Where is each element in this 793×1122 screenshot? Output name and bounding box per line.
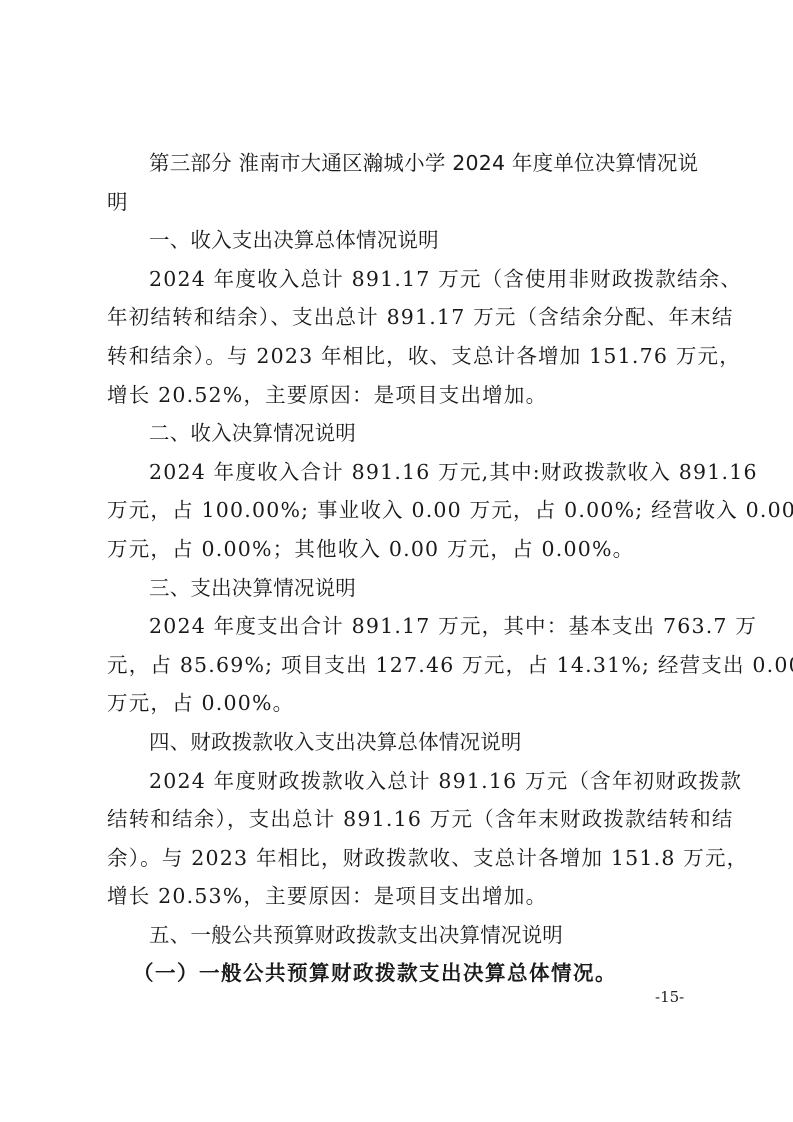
section-heading-5: 五、一般公共预算财政拨款支出决算情况说明 bbox=[107, 916, 693, 955]
section-heading-3: 三、支出决算情况说明 bbox=[107, 569, 693, 608]
paragraph-line: 万元，占 0.00%；其他收入 0.00 万元，占 0.00%。 bbox=[107, 530, 693, 569]
paragraph-line: 结转和结余），支出总计 891.16 万元（含年末财政拨款结转和结 bbox=[107, 800, 693, 839]
sub-heading: （一）一般公共预算财政拨款支出决算总体情况。 bbox=[107, 954, 693, 993]
paragraph-line: 2024 年度收入总计 891.17 万元（含使用非财政拨款结余、 bbox=[107, 260, 693, 299]
paragraph-line: 余）。与 2023 年相比，财政拨款收、支总计各增加 151.8 万元， bbox=[107, 839, 693, 878]
paragraph-line: 增长 20.52%，主要原因：是项目支出增加。 bbox=[107, 376, 693, 415]
paragraph-line: 2024 年度支出合计 891.17 万元，其中：基本支出 763.7 万 bbox=[107, 607, 693, 646]
paragraph-line: 万元，占 0.00%。 bbox=[107, 684, 693, 723]
section-heading-2: 二、收入决算情况说明 bbox=[107, 414, 693, 453]
paragraph-line: 年初结转和结余）、支出总计 891.17 万元（含结余分配、年末结 bbox=[107, 298, 693, 337]
paragraph-line: 万元，占 100.00%; 事业收入 0.00 万元，占 0.00%; 经营收入… bbox=[107, 491, 693, 530]
page-number: -15- bbox=[655, 988, 684, 1006]
section-heading-4: 四、财政拨款收入支出决算总体情况说明 bbox=[107, 723, 693, 762]
paragraph-line: 2024 年度财政拨款收入总计 891.16 万元（含年初财政拨款 bbox=[107, 762, 693, 801]
section-heading-1: 一、收入支出决算总体情况说明 bbox=[107, 221, 693, 260]
paragraph-line: 元，占 85.69%; 项目支出 127.46 万元，占 14.31%; 经营支… bbox=[107, 646, 693, 685]
document-page: 第三部分 淮南市大通区瀚城小学 2024 年度单位决算情况说 明 一、收入支出决… bbox=[107, 144, 693, 993]
document-title-line-2: 明 bbox=[107, 183, 693, 222]
paragraph-line: 2024 年度收入合计 891.16 万元,其中:财政拨款收入 891.16 bbox=[107, 453, 693, 492]
document-title-line-1: 第三部分 淮南市大通区瀚城小学 2024 年度单位决算情况说 bbox=[107, 144, 693, 183]
paragraph-line: 增长 20.53%，主要原因：是项目支出增加。 bbox=[107, 877, 693, 916]
paragraph-line: 转和结余）。与 2023 年相比，收、支总计各增加 151.76 万元， bbox=[107, 337, 693, 376]
